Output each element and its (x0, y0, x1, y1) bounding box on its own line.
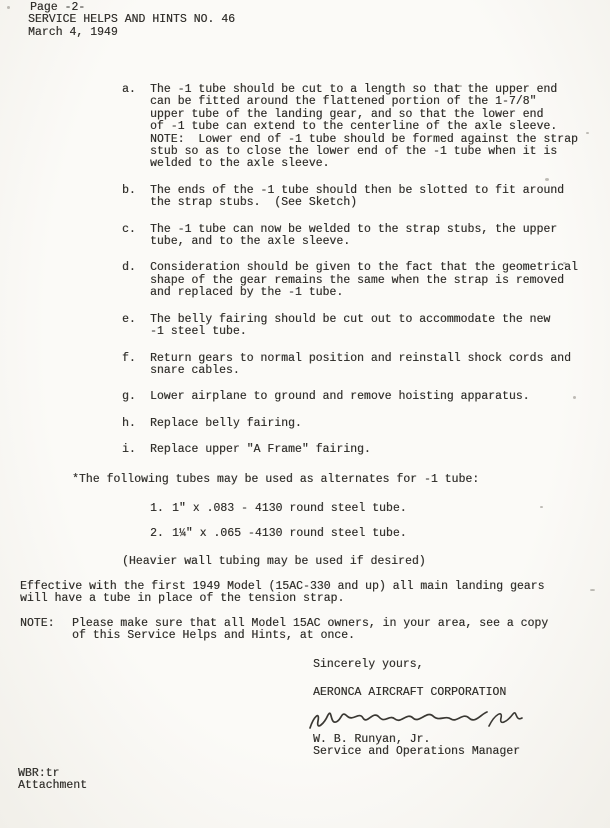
note-text: Please make sure that all Model 15AC own… (72, 618, 548, 643)
attachment-line: Attachment (18, 780, 87, 792)
footer-block: WBR:tr Attachment (18, 768, 87, 793)
handwritten-signature-icon (307, 704, 527, 738)
step-label: b. (122, 185, 150, 210)
heavier-tubing-note: (Heavier wall tubing may be used if desi… (122, 556, 426, 568)
step-f: f. Return gears to normal position and r… (122, 353, 578, 378)
step-text: Consideration should be given to the fac… (150, 262, 578, 299)
step-d: d. Consideration should be given to the … (122, 262, 578, 299)
step-g: g. Lower airplane to ground and remove h… (122, 391, 578, 403)
alternate-item-label: 1. (150, 503, 172, 515)
step-text: The ends of the -1 tube should then be s… (150, 185, 564, 210)
scanned-letter-page: Page -2- SERVICE HELPS AND HINTS NO. 46 … (0, 0, 610, 828)
letter-header: Page -2- SERVICE HELPS AND HINTS NO. 46 … (28, 2, 235, 39)
alternate-item-text: 1" x .083 - 4130 round steel tube. (172, 503, 407, 515)
instruction-step-list: a. The -1 tube should be cut to a length… (122, 84, 578, 471)
step-e: e. The belly fairing should be cut out t… (122, 314, 578, 339)
step-label: c. (122, 224, 150, 249)
step-label: d. (122, 262, 150, 299)
step-text: Replace belly fairing. (150, 418, 302, 430)
effective-paragraph: Effective with the first 1949 Model (15A… (20, 581, 545, 606)
step-text: Replace upper "A Frame" fairing. (150, 444, 371, 456)
step-text: Lower airplane to ground and remove hois… (150, 391, 530, 403)
step-i: i. Replace upper "A Frame" fairing. (122, 444, 578, 456)
step-text: The -1 tube should be cut to a length so… (150, 84, 578, 171)
step-text: The belly fairing should be cut out to a… (150, 314, 550, 339)
letter-title: SERVICE HELPS AND HINTS NO. 46 (28, 14, 235, 26)
step-text: Return gears to normal position and rein… (150, 353, 571, 378)
signature-area (313, 704, 520, 734)
note-label: NOTE: (20, 618, 72, 643)
step-label: g. (122, 391, 150, 403)
step-label: f. (122, 353, 150, 378)
closing-block: Sincerely yours, AERONCA AIRCRAFT CORPOR… (313, 659, 520, 759)
signature-title: Service and Operations Manager (313, 746, 520, 758)
step-b: b. The ends of the -1 tube should then b… (122, 185, 578, 210)
alternate-item-1: 1. 1" x .083 - 4130 round steel tube. (150, 503, 407, 515)
alternates-intro: *The following tubes may be used as alte… (72, 474, 479, 486)
step-label: a. (122, 84, 150, 171)
alternate-item-text: 1¼" x .065 -4130 round steel tube. (172, 528, 407, 540)
alternate-tube-list: 1. 1" x .083 - 4130 round steel tube. 2.… (150, 503, 407, 554)
salutation: Sincerely yours, (313, 659, 520, 671)
step-label: i. (122, 444, 150, 456)
step-label: e. (122, 314, 150, 339)
step-a: a. The -1 tube should be cut to a length… (122, 84, 578, 171)
note-paragraph: NOTE: Please make sure that all Model 15… (20, 618, 548, 643)
step-text: The -1 tube can now be welded to the str… (150, 224, 557, 249)
step-c: c. The -1 tube can now be welded to the … (122, 224, 578, 249)
alternate-item-2: 2. 1¼" x .065 -4130 round steel tube. (150, 528, 407, 540)
letter-date: March 4, 1949 (28, 27, 235, 39)
step-h: h. Replace belly fairing. (122, 418, 578, 430)
alternate-item-label: 2. (150, 528, 172, 540)
company-name: AERONCA AIRCRAFT CORPORATION (313, 687, 520, 699)
step-label: h. (122, 418, 150, 430)
